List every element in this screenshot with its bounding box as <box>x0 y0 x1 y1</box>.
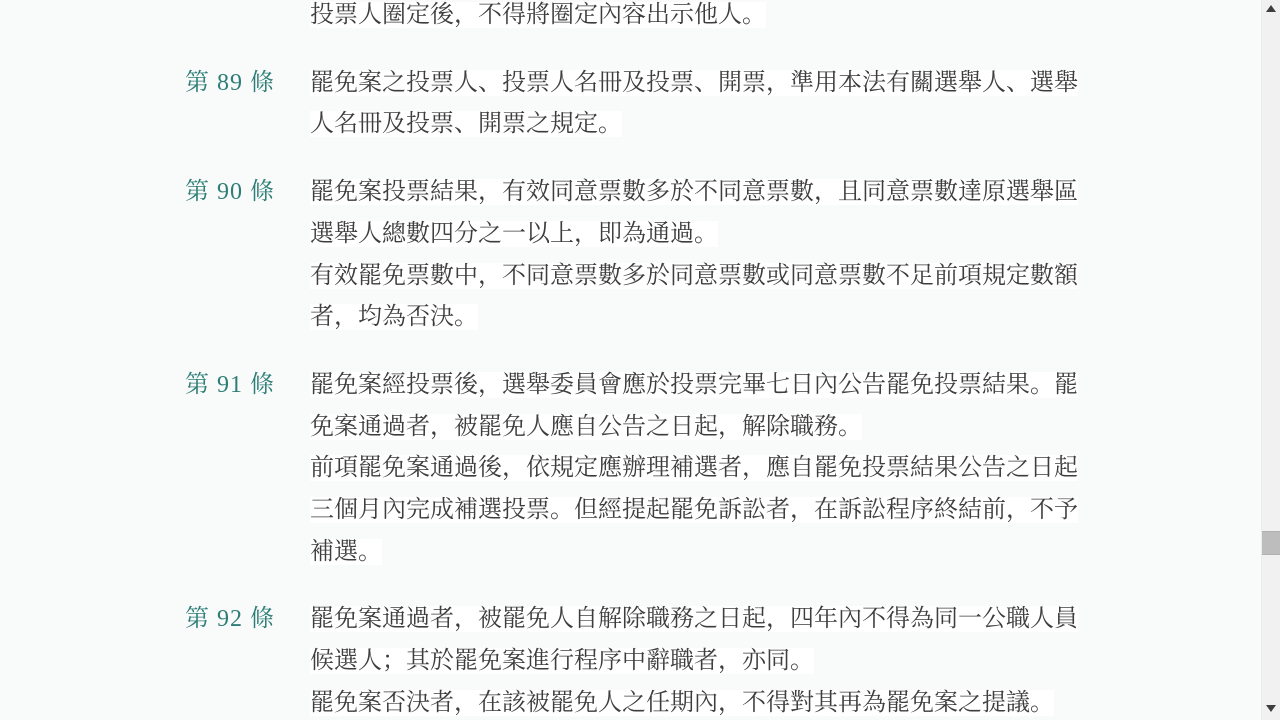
scrollbar-thumb[interactable] <box>1262 531 1280 555</box>
paragraph-text: 罷免案經投票後，選舉委員會應於投票完畢七日內公告罷免投票結果。罷免案通過者，被罷… <box>310 372 1078 440</box>
article-number-link[interactable]: 第 89 條 <box>185 63 310 105</box>
article-body: 罷免案通過者，被罷免人自解除職務之日起，四年內不得為同一公職人員候選人；其於罷免… <box>310 599 1088 720</box>
article-number-link[interactable]: 第 92 條 <box>185 599 310 641</box>
article-row-92: 第 92 條 罷免案通過者，被罷免人自解除職務之日起，四年內不得為同一公職人員候… <box>185 599 1095 720</box>
article-number-link[interactable]: 第 91 條 <box>185 365 310 407</box>
article-number-link[interactable]: 第 90 條 <box>185 172 310 214</box>
scrollbar-down-arrow-icon[interactable] <box>1266 705 1276 712</box>
paragraph-text: 投票人圈定後，不得將圈定內容出示他人。 <box>310 2 766 28</box>
article-row-91: 第 91 條 罷免案經投票後，選舉委員會應於投票完畢七日內公告罷免投票結果。罷免… <box>185 365 1095 574</box>
article-paragraph: 罷免案通過者，被罷免人自解除職務之日起，四年內不得為同一公職人員候選人；其於罷免… <box>310 599 1088 682</box>
article-body: 罷免案之投票人、投票人名冊及投票、開票，準用本法有關選舉人、選舉人名冊及投票、開… <box>310 63 1088 146</box>
article-body: 罷免案經投票後，選舉委員會應於投票完畢七日內公告罷免投票結果。罷免案通過者，被罷… <box>310 365 1088 574</box>
law-text-content: 投票人圈定後，不得將圈定內容出示他人。 第 89 條 罷免案之投票人、投票人名冊… <box>185 0 1095 720</box>
scrollbar-up-arrow-icon[interactable] <box>1266 5 1276 12</box>
article-row-89: 第 89 條 罷免案之投票人、投票人名冊及投票、開票，準用本法有關選舉人、選舉人… <box>185 63 1095 146</box>
paragraph-text: 有效罷免票數中，不同意票數多於同意票數或同意票數不足前項規定數額者，均為否決。 <box>310 263 1078 331</box>
paragraph-text: 罷免案投票結果，有效同意票數多於不同意票數，且同意票數達原選舉區選舉人總數四分之… <box>310 179 1078 247</box>
article-paragraph: 罷免案經投票後，選舉委員會應於投票完畢七日內公告罷免投票結果。罷免案通過者，被罷… <box>310 365 1088 448</box>
article-paragraph: 罷免案否決者，在該被罷免人之任期內，不得對其再為罷免案之提議。 <box>310 683 1088 720</box>
article-paragraph: 罷免案之投票人、投票人名冊及投票、開票，準用本法有關選舉人、選舉人名冊及投票、開… <box>310 63 1088 146</box>
article-paragraph: 投票人圈定後，不得將圈定內容出示他人。 <box>310 0 1088 37</box>
vertical-scrollbar[interactable] <box>1261 0 1280 720</box>
article-body: 罷免案投票結果，有效同意票數多於不同意票數，且同意票數達原選舉區選舉人總數四分之… <box>310 172 1088 339</box>
paragraph-text: 前項罷免案通過後，依規定應辦理補選者，應自罷免投票結果公告之日起三個月內完成補選… <box>310 455 1078 564</box>
article-row-90: 第 90 條 罷免案投票結果，有效同意票數多於不同意票數，且同意票數達原選舉區選… <box>185 172 1095 339</box>
article-paragraph: 罷免案投票結果，有效同意票數多於不同意票數，且同意票數達原選舉區選舉人總數四分之… <box>310 172 1088 255</box>
article-paragraph: 前項罷免案通過後，依規定應辦理補選者，應自罷免投票結果公告之日起三個月內完成補選… <box>310 448 1088 573</box>
article-continuation-row: 投票人圈定後，不得將圈定內容出示他人。 <box>185 0 1095 37</box>
paragraph-text: 罷免案否決者，在該被罷免人之任期內，不得對其再為罷免案之提議。 <box>310 690 1054 716</box>
article-body: 投票人圈定後，不得將圈定內容出示他人。 <box>310 0 1088 37</box>
article-paragraph: 有效罷免票數中，不同意票數多於同意票數或同意票數不足前項規定數額者，均為否決。 <box>310 256 1088 339</box>
paragraph-text: 罷免案通過者，被罷免人自解除職務之日起，四年內不得為同一公職人員候選人；其於罷免… <box>310 606 1078 674</box>
paragraph-text: 罷免案之投票人、投票人名冊及投票、開票，準用本法有關選舉人、選舉人名冊及投票、開… <box>310 70 1078 138</box>
